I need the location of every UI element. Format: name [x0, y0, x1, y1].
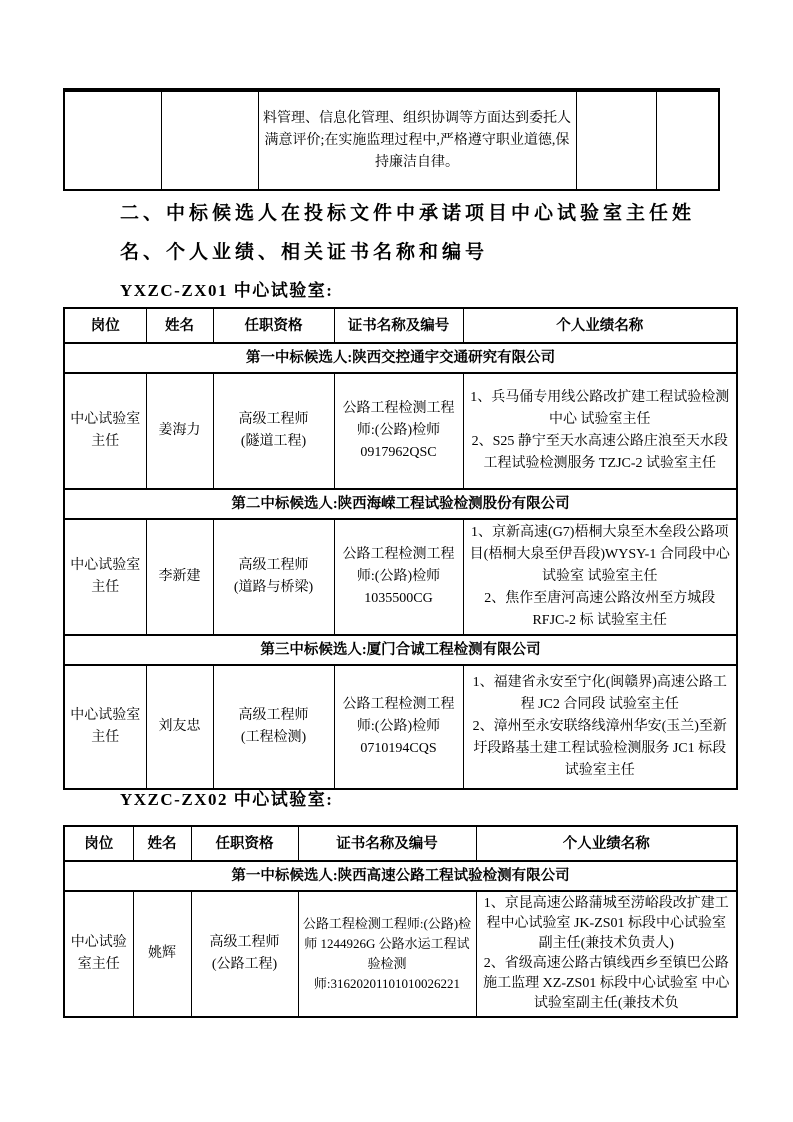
zx01-table: 岗位 姓名 任职资格 证书名称及编号 个人业绩名称 第一中标候选人:陕西交控通宇… [63, 307, 738, 790]
qualification-line: (道路与桥梁) [218, 577, 330, 599]
qualification-cell: 高级工程师 (隧道工程) [213, 373, 334, 489]
qualification-line: 高级工程师 [218, 555, 330, 577]
certificate-cell: 公路工程检测工程师:(公路)检师 1035500CG [334, 519, 463, 635]
table-row: 中心试验室主任 姚辉 高级工程师 (公路工程) 公路工程检测工程师:(公路)检师… [64, 891, 737, 1017]
table-header-row: 岗位 姓名 任职资格 证书名称及编号 个人业绩名称 [64, 308, 737, 343]
evaluation-text-cell: 料管理、信息化管理、组织协调等方面达到委托人满意评价;在实施监理过程中,严格遵守… [258, 90, 576, 190]
name-cell: 姜海力 [146, 373, 213, 489]
qualification-cell: 高级工程师 (公路工程) [191, 891, 298, 1017]
candidate-band: 第三中标候选人:厦门合诚工程检测有限公司 [64, 635, 737, 665]
header-name: 姓名 [133, 826, 191, 861]
post-cell: 中心试验室主任 [64, 665, 146, 789]
header-name: 姓名 [146, 308, 213, 343]
achievements-cell: 1、兵马俑专用线公路改扩建工程试验检测中心 试验室主任 2、S25 静宁至天水高… [463, 373, 737, 489]
continued-table: 料管理、信息化管理、组织协调等方面达到委托人满意评价;在实施监理过程中,严格遵守… [63, 88, 720, 191]
achievement-item: 1、京新高速(G7)梧桐大泉至木垒段公路项目(梧桐大泉至伊吾段)WYSY-1 合… [468, 522, 733, 588]
document-page: 料管理、信息化管理、组织协调等方面达到委托人满意评价;在实施监理过程中,严格遵守… [0, 0, 793, 1122]
empty-cell [656, 90, 719, 190]
name-cell: 李新建 [146, 519, 213, 635]
qualification-cell: 高级工程师 (道路与桥梁) [213, 519, 334, 635]
candidate-band: 第一中标候选人:陕西高速公路工程试验检测有限公司 [64, 861, 737, 891]
achievement-item: 1、兵马俑专用线公路改扩建工程试验检测中心 试验室主任 [468, 387, 733, 431]
post-cell: 中心试验室主任 [64, 519, 146, 635]
achievement-item: 2、焦作至唐河高速公路汝州至方城段 RFJC-2 标 试验室主任 [468, 588, 733, 632]
header-qualification: 任职资格 [213, 308, 334, 343]
table-row: 中心试验室主任 李新建 高级工程师 (道路与桥梁) 公路工程检测工程师:(公路)… [64, 519, 737, 635]
certificate-cell: 公路工程检测工程师:(公路)检师 1244926G 公路水运工程试验检测师:31… [298, 891, 476, 1017]
candidate-band-label: 第一中标候选人:陕西高速公路工程试验检测有限公司 [64, 861, 737, 891]
candidate-band: 第二中标候选人:陕西海嵘工程试验检测股份有限公司 [64, 489, 737, 519]
table-row: 中心试验室主任 姜海力 高级工程师 (隧道工程) 公路工程检测工程师:(公路)检… [64, 373, 737, 489]
achievements-cell: 1、福建省永安至宁化(闽赣界)高速公路工程 JC2 合同段 试验室主任 2、漳州… [463, 665, 737, 789]
empty-cell [576, 90, 656, 190]
certificate-cell: 公路工程检测工程师:(公路)检师 0917962QSC [334, 373, 463, 489]
candidate-band-label: 第三中标候选人:厦门合诚工程检测有限公司 [64, 635, 737, 665]
header-post: 岗位 [64, 308, 146, 343]
post-cell: 中心试验室主任 [64, 891, 133, 1017]
qualification-line: (工程检测) [218, 727, 330, 749]
table-header-row: 岗位 姓名 任职资格 证书名称及编号 个人业绩名称 [64, 826, 737, 861]
zx02-table: 岗位 姓名 任职资格 证书名称及编号 个人业绩名称 第一中标候选人:陕西高速公路… [63, 825, 738, 1018]
section-heading: 二、中标候选人在投标文件中承诺项目中心试验室主任姓名、个人业绩、相关证书名称和编… [120, 194, 732, 272]
qualification-line: 高级工程师 [218, 409, 330, 431]
lab-title-zx02: YXZC-ZX02 中心试验室: [120, 785, 333, 810]
qualification-line: 高级工程师 [196, 932, 294, 954]
header-certificate: 证书名称及编号 [298, 826, 476, 861]
achievement-item: 1、福建省永安至宁化(闽赣界)高速公路工程 JC2 合同段 试验室主任 [468, 672, 733, 716]
header-certificate: 证书名称及编号 [334, 308, 463, 343]
achievements-cell: 1、京新高速(G7)梧桐大泉至木垒段公路项目(梧桐大泉至伊吾段)WYSY-1 合… [463, 519, 737, 635]
achievement-item: 2、省级高速公路古镇线西乡至镇巴公路施工监理 XZ-ZS01 标段中心试验室 中… [481, 954, 733, 1014]
qualification-line: 高级工程师 [218, 705, 330, 727]
table-row: 中心试验室主任 刘友忠 高级工程师 (工程检测) 公路工程检测工程师:(公路)检… [64, 665, 737, 789]
name-cell: 姚辉 [133, 891, 191, 1017]
empty-cell [161, 90, 258, 190]
lab-title-zx01: YXZC-ZX01 中心试验室: [120, 276, 333, 301]
achievement-item: 2、S25 静宁至天水高速公路庄浪至天水段工程试验检测服务 TZJC-2 试验室… [468, 431, 733, 475]
qualification-line: (公路工程) [196, 954, 294, 976]
candidate-band-label: 第一中标候选人:陕西交控通宇交通研究有限公司 [64, 343, 737, 373]
header-achievements: 个人业绩名称 [463, 308, 737, 343]
empty-cell [64, 90, 161, 190]
achievement-item: 1、京昆高速公路蒲城至涝峪段改扩建工程中心试验室 JK-ZS01 标段中心试验室… [481, 894, 733, 954]
certificate-cell: 公路工程检测工程师:(公路)检师 0710194CQS [334, 665, 463, 789]
qualification-cell: 高级工程师 (工程检测) [213, 665, 334, 789]
achievement-item: 2、漳州至永安联络线漳州华安(玉兰)至新圩段路基土建工程试验检测服务 JC1 标… [468, 716, 733, 782]
table-row: 料管理、信息化管理、组织协调等方面达到委托人满意评价;在实施监理过程中,严格遵守… [64, 90, 719, 190]
candidate-band: 第一中标候选人:陕西交控通宇交通研究有限公司 [64, 343, 737, 373]
header-achievements: 个人业绩名称 [476, 826, 737, 861]
achievements-cell: 1、京昆高速公路蒲城至涝峪段改扩建工程中心试验室 JK-ZS01 标段中心试验室… [476, 891, 737, 1017]
candidate-band-label: 第二中标候选人:陕西海嵘工程试验检测股份有限公司 [64, 489, 737, 519]
qualification-line: (隧道工程) [218, 431, 330, 453]
header-qualification: 任职资格 [191, 826, 298, 861]
header-post: 岗位 [64, 826, 133, 861]
name-cell: 刘友忠 [146, 665, 213, 789]
post-cell: 中心试验室主任 [64, 373, 146, 489]
